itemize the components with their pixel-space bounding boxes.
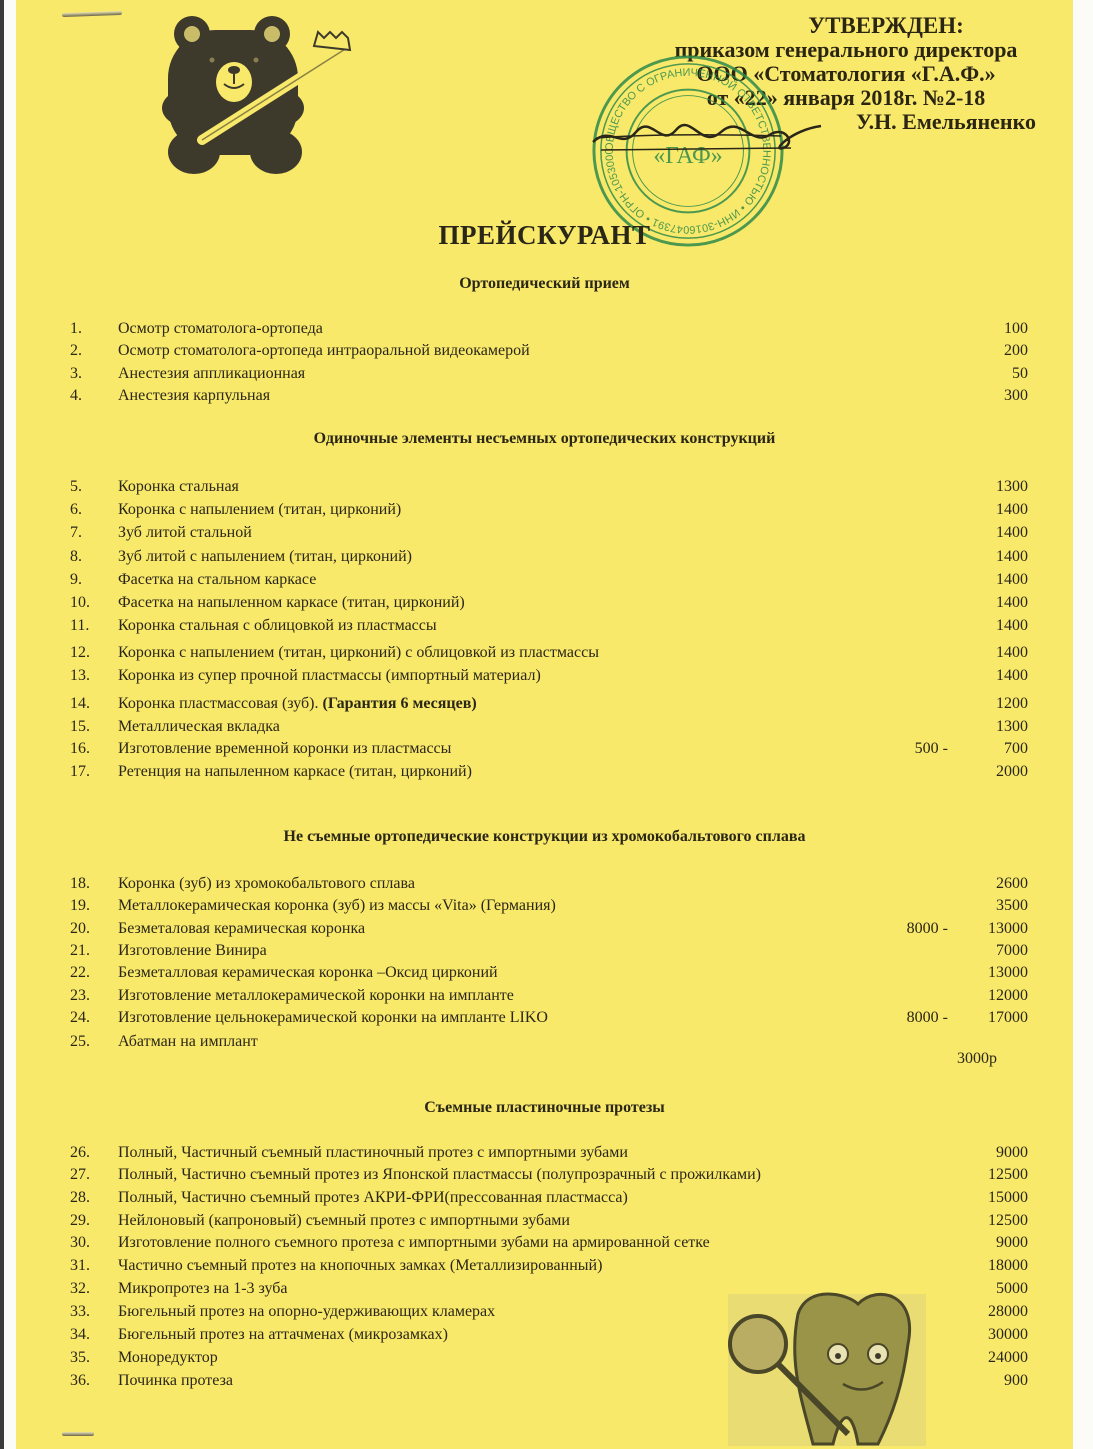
item-number: 11.: [70, 615, 89, 637]
abutment-price: 3000р: [957, 1050, 997, 1068]
item-number: 32.: [70, 1278, 90, 1300]
price-row: 16.Изготовление временной коронки из пла…: [70, 738, 1030, 760]
item-number: 19.: [70, 895, 90, 917]
price-row: 26.Полный, Частичный съемный пластиночны…: [70, 1142, 1030, 1164]
item-name: Бюгельный протез на опорно-удерживающих …: [118, 1301, 495, 1323]
item-price: 9000: [996, 1142, 1028, 1164]
item-name: Изготовление полного съемного протеза с …: [118, 1232, 710, 1254]
item-name: Фасетка на напыленном каркасе (титан, ци…: [118, 592, 465, 614]
item-price: 2000: [996, 761, 1028, 783]
item-number: 1.: [70, 318, 82, 340]
item-number: 5.: [70, 476, 82, 498]
item-name: Коронка (зуб) из хромокобальтового сплав…: [118, 873, 415, 895]
item-price: 1400: [996, 642, 1028, 664]
price-row: 4.Анестезия карпульная300: [70, 385, 1030, 407]
item-price: 28000: [988, 1301, 1028, 1323]
price-row: 8.Зуб литой с напылением (титан, циркони…: [70, 546, 1030, 568]
item-number: 34.: [70, 1324, 90, 1346]
item-price: 1400: [996, 592, 1028, 614]
price-row: 21.Изготовление Винира7000: [70, 940, 1030, 962]
item-name: Монoредуктор: [118, 1347, 218, 1369]
item-price: 13000: [988, 918, 1028, 940]
item-name: Изготовление временной коронки из пластм…: [118, 738, 451, 760]
price-row: 17.Ретенция на напыленном каркасе (титан…: [70, 761, 1030, 783]
item-name: Осмотр стоматолога-ортопеда интраорально…: [118, 340, 530, 362]
price-row: 1.Осмотр стоматолога-ортопеда100: [70, 318, 1030, 340]
item-name: Анестезия аппликационная: [118, 363, 305, 385]
price-row: 10.Фасетка на напыленном каркасе (титан,…: [70, 592, 1030, 614]
price-row: 25.Абатман на имплант: [70, 1031, 1030, 1053]
item-name: Зуб литой с напылением (титан, цирконий): [118, 546, 412, 568]
item-name: Полный, Частично съемный протез АКРИ-ФРИ…: [118, 1187, 628, 1209]
item-price: 24000: [988, 1347, 1028, 1369]
item-number: 12.: [70, 642, 90, 664]
item-price: 18000: [988, 1255, 1028, 1277]
item-number: 26.: [70, 1142, 90, 1164]
staple-bottom: [62, 1432, 94, 1436]
item-price: 1300: [996, 716, 1028, 738]
item-price: 100: [1004, 318, 1028, 340]
section-title: Съемные пластиночные протезы: [16, 1099, 1073, 1117]
item-name: Полный, Частично съемный протез из Японс…: [118, 1164, 761, 1186]
item-name: Безметалловая керамическая коронка –Окси…: [118, 962, 498, 984]
item-number: 25.: [70, 1031, 90, 1053]
item-price: 15000: [988, 1187, 1028, 1209]
price-row: 3.Анестезия аппликационная50: [70, 363, 1030, 385]
item-number: 20.: [70, 918, 90, 940]
price-row: 19.Металлокерамическая коронка (зуб) из …: [70, 895, 1030, 917]
price-row: 6.Коронка с напылением (титан, цирконий)…: [70, 499, 1030, 521]
item-number: 22.: [70, 962, 90, 984]
item-name: Полный, Частичный съемный пластиночный п…: [118, 1142, 628, 1164]
item-number: 3.: [70, 363, 82, 385]
item-price: 1400: [996, 615, 1028, 637]
section-title: Не съемные ортопедические конструкции из…: [16, 828, 1073, 846]
price-row: 30.Изготовление полного съемного протеза…: [70, 1232, 1030, 1254]
item-price: 12500: [988, 1164, 1028, 1186]
price-row: 5.Коронка стальная1300: [70, 476, 1030, 498]
item-price: 17000: [988, 1007, 1028, 1029]
scan-edge: [0, 0, 4, 1449]
staple-top: [62, 11, 122, 17]
tooth-magnifier-mascot-icon: [728, 1284, 926, 1446]
section-title: Одиночные элементы несъемных ортопедичес…: [16, 430, 1073, 448]
price-row: 11.Коронка стальная с облицовкой из плас…: [70, 615, 1030, 637]
item-number: 6.: [70, 499, 82, 521]
item-name: Починка протеза: [118, 1370, 233, 1392]
item-number: 35.: [70, 1347, 90, 1369]
item-name: Коронка с напылением (титан, цирконий): [118, 499, 401, 521]
item-price: 200: [1004, 340, 1028, 362]
price-row: 20.Безметаловая керамическая коронка8000…: [70, 918, 1030, 940]
item-name: Коронка стальная с облицовкой из пластма…: [118, 615, 437, 637]
price-row: 7.Зуб литой стальной1400: [70, 522, 1030, 544]
item-number: 27.: [70, 1164, 90, 1186]
price-row: 18.Коронка (зуб) из хромокобальтового сп…: [70, 873, 1030, 895]
item-name: Микропротез на 1-3 зуба: [118, 1278, 288, 1300]
item-price: 12000: [988, 985, 1028, 1007]
item-name: Изготовление металлокерамической коронки…: [118, 985, 514, 1007]
item-name: Анестезия карпульная: [118, 385, 270, 407]
item-number: 30.: [70, 1232, 90, 1254]
item-price-from: 500 -: [915, 738, 948, 760]
item-price: 12500: [988, 1210, 1028, 1232]
item-name: Коронка с напылением (титан, цирконий) с…: [118, 642, 599, 664]
item-name: Коронка стальная: [118, 476, 239, 498]
item-number: 7.: [70, 522, 82, 544]
item-number: 8.: [70, 546, 82, 568]
section-title: Ортопедический прием: [16, 275, 1073, 293]
item-number: 28.: [70, 1187, 90, 1209]
item-price: 700: [1004, 738, 1028, 760]
bear-toothbrush-logo-icon: [154, 10, 354, 185]
item-name: Фасетка на стальном каркасе: [118, 569, 316, 591]
item-name: Металлическая вкладка: [118, 716, 280, 738]
price-row: 12.Коронка с напылением (титан, цирконий…: [70, 642, 1030, 664]
item-price: 9000: [996, 1232, 1028, 1254]
signature-icon: [591, 120, 826, 160]
price-row: 22.Безметалловая керамическая коронка –О…: [70, 962, 1030, 984]
item-price: 13000: [988, 962, 1028, 984]
item-price: 5000: [996, 1278, 1028, 1300]
item-price: 300: [1004, 385, 1028, 407]
item-number: 31.: [70, 1255, 90, 1277]
approval-heading: УТВЕРЖДЕН:: [696, 14, 1076, 38]
item-price: 900: [1004, 1370, 1028, 1392]
item-number: 10.: [70, 592, 90, 614]
item-price: 1400: [996, 522, 1028, 544]
price-row: 15.Металлическая вкладка1300: [70, 716, 1030, 738]
price-row: 14.Коронка пластмассовая (зуб). (Гаранти…: [70, 693, 1030, 715]
item-number: 13.: [70, 665, 90, 687]
price-row: 23.Изготовление металлокерамической коро…: [70, 985, 1030, 1007]
page-title: ПРЕЙСКУРАНТ: [16, 220, 1073, 251]
warranty-note: (Гарантия 6 месяцев): [323, 695, 477, 712]
item-price-from: 8000 -: [907, 1007, 948, 1029]
item-price: 1400: [996, 546, 1028, 568]
item-price: 2600: [996, 873, 1028, 895]
item-price: 1400: [996, 569, 1028, 591]
item-name: Изготовление цельнокерамической коронки …: [118, 1007, 548, 1029]
price-row: 2.Осмотр стоматолога-ортопеда интраораль…: [70, 340, 1030, 362]
item-number: 33.: [70, 1301, 90, 1323]
item-number: 24.: [70, 1007, 90, 1029]
item-name: Осмотр стоматолога-ортопеда: [118, 318, 323, 340]
price-row: 31.Частично съемный протез на кнопочных …: [70, 1255, 1030, 1277]
price-row: 29.Нейлоновый (капроновый) съемный проте…: [70, 1210, 1030, 1232]
item-number: 36.: [70, 1370, 90, 1392]
item-number: 23.: [70, 985, 90, 1007]
item-price: 1300: [996, 476, 1028, 498]
price-list-page: УТВЕРЖДЕН: приказом генерального директо…: [16, 0, 1073, 1449]
item-number: 16.: [70, 738, 90, 760]
item-price: 1400: [996, 665, 1028, 687]
price-row: 27.Полный, Частично съемный протез из Яп…: [70, 1164, 1030, 1186]
item-name: Абатман на имплант: [118, 1031, 258, 1053]
price-row: 24.Изготовление цельнокерамической корон…: [70, 1007, 1030, 1029]
item-number: 2.: [70, 340, 82, 362]
price-row: 13.Коронка из супер прочной пластмассы (…: [70, 665, 1030, 687]
item-number: 15.: [70, 716, 90, 738]
item-number: 18.: [70, 873, 90, 895]
item-price: 30000: [988, 1324, 1028, 1346]
item-price-from: 8000 -: [907, 918, 948, 940]
item-name: Изготовление Винира: [118, 940, 267, 962]
item-price: 1400: [996, 499, 1028, 521]
item-name: Безметаловая керамическая коронка: [118, 918, 365, 940]
item-name: Бюгельный протез на аттачменах (микрозам…: [118, 1324, 448, 1346]
item-number: 21.: [70, 940, 90, 962]
item-price: 50: [1012, 363, 1028, 385]
item-name: Коронка из супер прочной пластмассы (имп…: [118, 665, 541, 687]
item-price: 3500: [996, 895, 1028, 917]
item-name: Нейлоновый (капроновый) съемный протез с…: [118, 1210, 570, 1232]
item-number: 29.: [70, 1210, 90, 1232]
item-number: 14.: [70, 693, 90, 715]
item-price: 1200: [996, 693, 1028, 715]
item-name: Коронка пластмассовая (зуб). (Гарантия 6…: [118, 693, 477, 715]
item-name: Зуб литой стальной: [118, 522, 252, 544]
item-number: 17.: [70, 761, 90, 783]
item-number: 4.: [70, 385, 82, 407]
item-name: Ретенция на напыленном каркасе (титан, ц…: [118, 761, 472, 783]
item-name: Частично съемный протез на кнопочных зам…: [118, 1255, 602, 1277]
item-name: Металлокерамическая коронка (зуб) из мас…: [118, 895, 556, 917]
price-row: 9.Фасетка на стальном каркасе1400: [70, 569, 1030, 591]
price-row: 28.Полный, Частично съемный протез АКРИ-…: [70, 1187, 1030, 1209]
item-number: 9.: [70, 569, 82, 591]
item-price: 7000: [996, 940, 1028, 962]
